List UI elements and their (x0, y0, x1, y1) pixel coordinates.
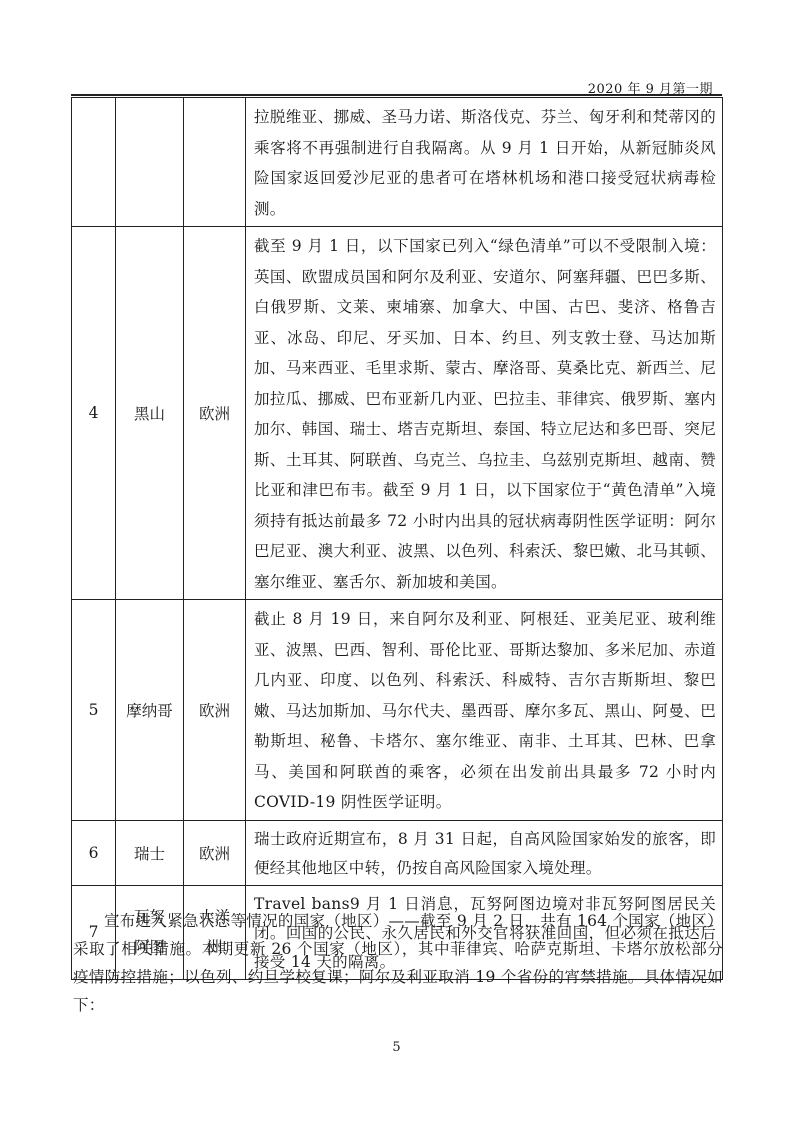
row-region (184, 98, 246, 227)
header-rule (71, 94, 722, 96)
row-detail: 截止 8 月 19 日，来自阿尔及利亚、阿根廷、亚美尼亚、玻利维亚、波黑、巴西、… (246, 600, 723, 821)
row-index: 5 (72, 600, 116, 821)
travel-restrictions-table: 拉脱维亚、挪威、圣马力诺、斯洛伐克、芬兰、匈牙利和梵蒂冈的乘客将不再强制进行自我… (71, 97, 723, 980)
row-index: 6 (72, 820, 116, 885)
row-region: 欧洲 (184, 227, 246, 600)
row-index: 4 (72, 227, 116, 600)
table-row: 拉脱维亚、挪威、圣马力诺、斯洛伐克、芬兰、匈牙利和梵蒂冈的乘客将不再强制进行自我… (72, 98, 723, 227)
row-detail: 瑞士政府近期宣布，8 月 31 日起，自高风险国家始发的旅客，即便经其他地区中转… (246, 820, 723, 885)
page-number: 5 (0, 1040, 793, 1055)
row-region: 欧洲 (184, 600, 246, 821)
row-detail: 截至 9 月 1 日，以下国家已列入“绿色清单”可以不受限制入境：英国、欧盟成员… (246, 227, 723, 600)
row-region: 欧洲 (184, 820, 246, 885)
row-country: 瑞士 (116, 820, 184, 885)
row-country: 摩纳哥 (116, 600, 184, 821)
row-country: 黑山 (116, 227, 184, 600)
row-detail: 拉脱维亚、挪威、圣马力诺、斯洛伐克、芬兰、匈牙利和梵蒂冈的乘客将不再强制进行自我… (246, 98, 723, 227)
row-index (72, 98, 116, 227)
body-paragraph: 宣布进入紧急状态等情况的国家（地区）——截至 9 月 2 日，共有 164 个国… (73, 907, 723, 1019)
table-row: 4 黑山 欧洲 截至 9 月 1 日，以下国家已列入“绿色清单”可以不受限制入境… (72, 227, 723, 600)
row-country (116, 98, 184, 227)
table-row: 6 瑞士 欧洲 瑞士政府近期宣布，8 月 31 日起，自高风险国家始发的旅客，即… (72, 820, 723, 885)
table-row: 5 摩纳哥 欧洲 截止 8 月 19 日，来自阿尔及利亚、阿根廷、亚美尼亚、玻利… (72, 600, 723, 821)
